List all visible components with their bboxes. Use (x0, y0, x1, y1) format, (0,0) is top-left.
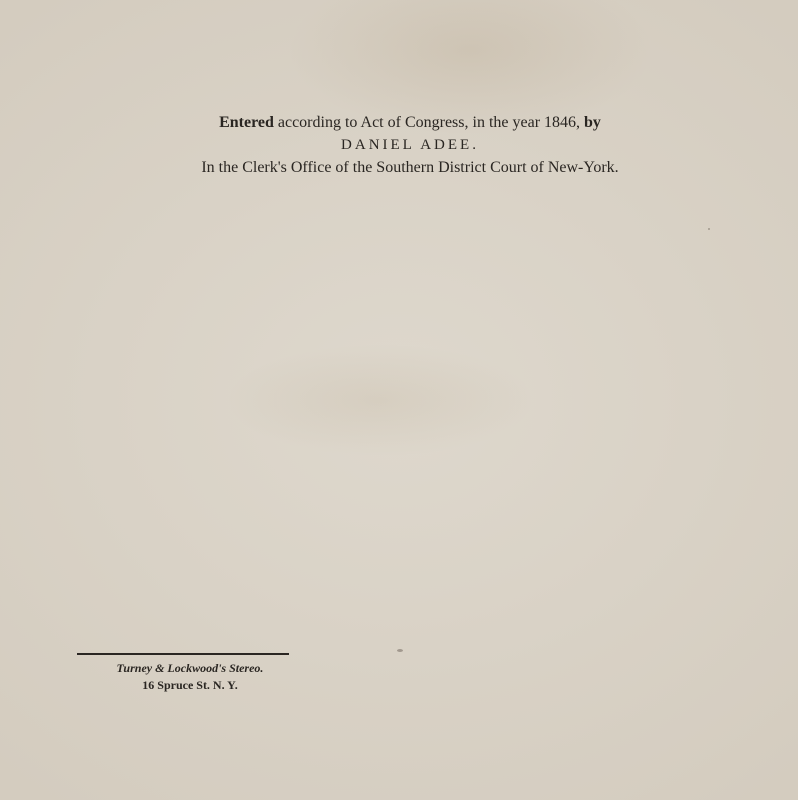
imprint-rule (77, 653, 289, 655)
paper-speck (708, 228, 710, 230)
printer-address: 16 Spruce St. N. Y. (60, 677, 320, 694)
copyright-notice: Entered according to Act of Congress, in… (140, 112, 680, 180)
printer-imprint: Turney & Lockwood's Stereo. 16 Spruce St… (60, 660, 320, 694)
paper-speck (397, 649, 403, 652)
copyright-line-3: In the Clerk's Office of the Southern Di… (140, 156, 680, 180)
scanned-page: Entered according to Act of Congress, in… (0, 0, 798, 800)
printer-name: Turney & Lockwood's Stereo. (60, 660, 320, 677)
copyright-holder: DANIEL ADEE. (140, 134, 680, 156)
copyright-line-1: Entered according to Act of Congress, in… (140, 112, 680, 134)
